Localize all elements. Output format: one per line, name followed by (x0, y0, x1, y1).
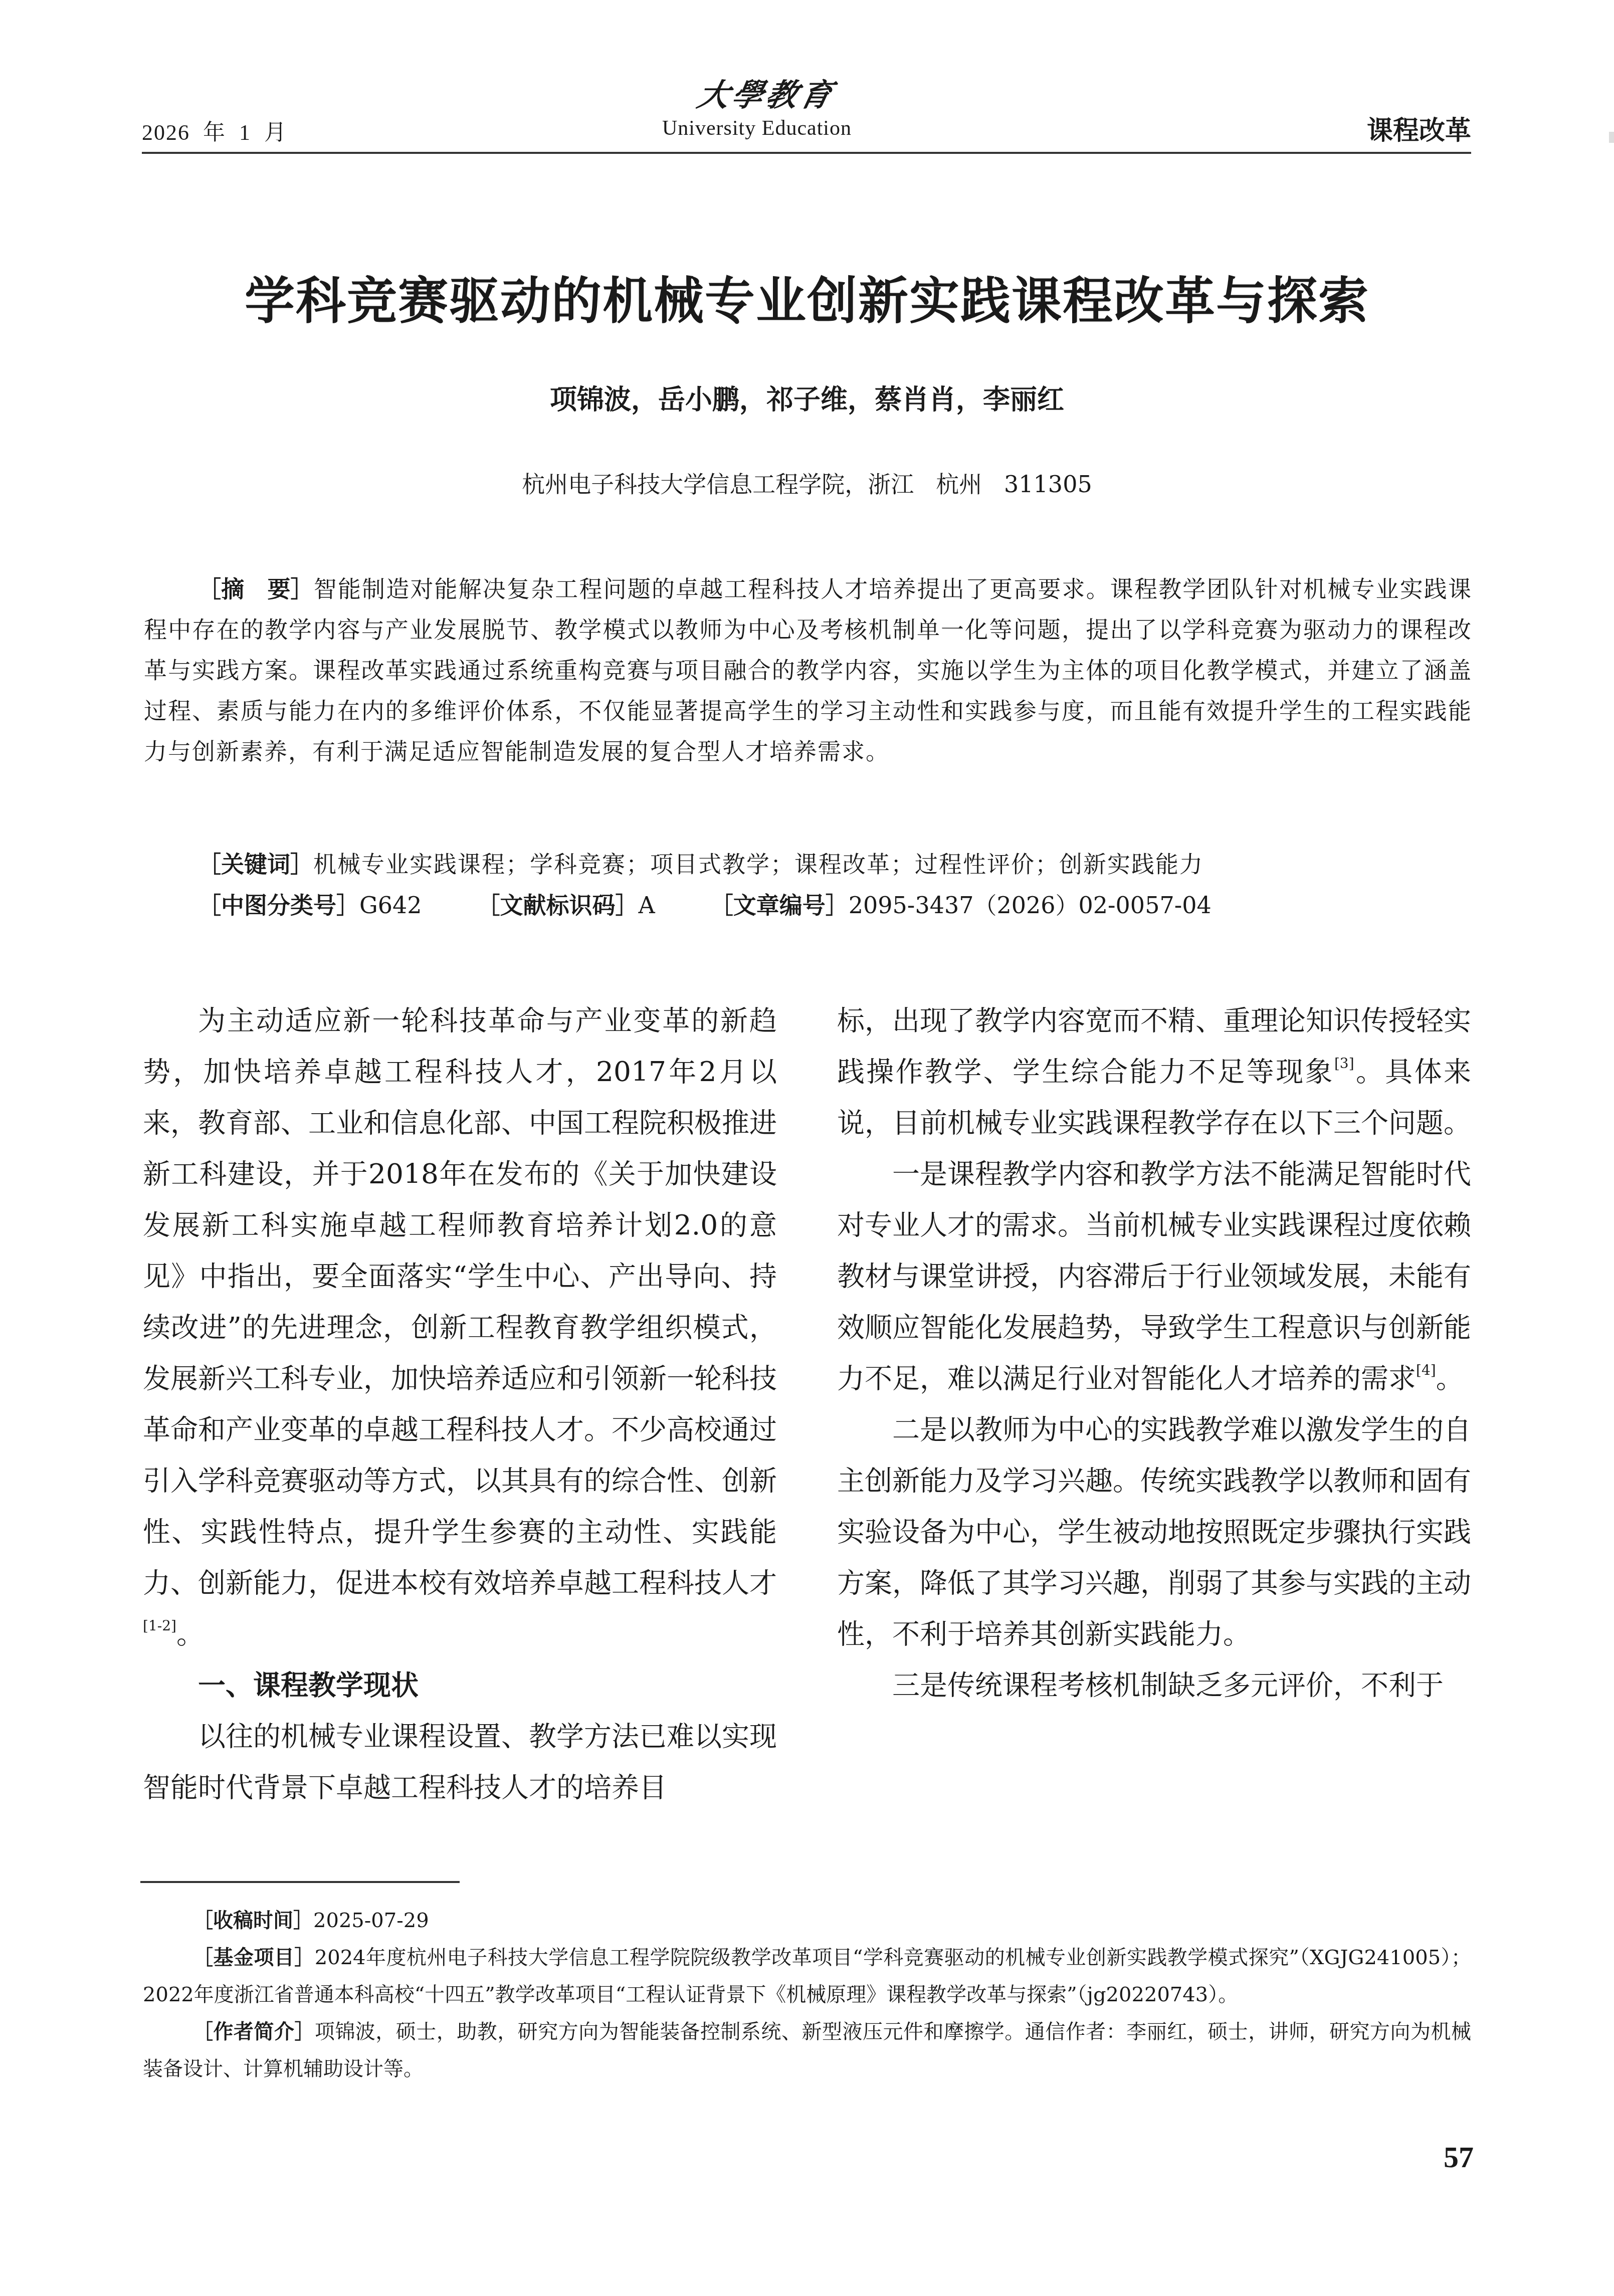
citation-ref[interactable]: [4] (1416, 1362, 1436, 1378)
abstract: ［摘 要］智能制造对能解决复杂工程问题的卓越工程科技人才培养提出了更高要求。课程… (144, 569, 1472, 772)
keywords: ［关键词］机械专业实践课程；学科竞赛；项目式教学；课程改革；过程性评价；创新实践… (198, 846, 1203, 879)
fund-label: ［基金项目］ (193, 1946, 315, 1969)
body-paragraph: 一是课程教学内容和教学方法不能满足智能时代对专业人才的需求。当前机械专业实践课程… (837, 1148, 1471, 1404)
received-value: 2025-07-29 (313, 1909, 429, 1932)
author-bio-value: 项锦波，硕士，助教，研究方向为智能装备控制系统、新型液压元件和摩擦学。通信作者：… (143, 2020, 1471, 2080)
paragraph-text: 为主动适应新一轮科技革命与产业变革的新趋势，加快培养卓越工程科技人才，2017年… (143, 1004, 777, 1599)
page-number: 57 (1444, 2140, 1474, 2175)
section-name: 课程改革 (1353, 109, 1471, 147)
body-column-right: 标，出现了教学内容宽而不精、重理论知识传授轻实践操作教学、学生综合能力不足等现象… (837, 995, 1471, 1711)
clc-value: G642 (359, 892, 422, 919)
author-list: 项锦波，岳小鹏，祁子维，蔡肖肖，李丽红 (0, 378, 1614, 417)
doc-code-value: A (639, 892, 655, 919)
footnote-fund: ［基金项目］2024年度杭州电子科技大学信息工程学院院级教学改革项目“学科竞赛驱… (143, 1939, 1471, 2013)
citation-ref[interactable]: [3] (1334, 1055, 1354, 1072)
issue-date: 2026 年 1 月 (142, 114, 287, 146)
keywords-label: ［关键词］ (198, 851, 313, 878)
citation-ref[interactable]: [1-2] (143, 1617, 176, 1634)
section-heading: 一、课程教学现状 (143, 1659, 777, 1711)
page-edge-mark (1609, 132, 1614, 143)
fund-value: 2024年度杭州电子科技大学信息工程学院院级教学改革项目“学科竞赛驱动的机械专业… (143, 1946, 1471, 2006)
abstract-text: 智能制造对能解决复杂工程问题的卓越工程科技人才培养提出了更高要求。课程教学团队针… (144, 575, 1472, 765)
article-number-label: ［文章编号］ (710, 892, 849, 919)
footnote-received: ［收稿时间］2025-07-29 (143, 1902, 1471, 1939)
clc-label: ［中图分类号］ (198, 892, 359, 919)
paragraph-end: 。 (1436, 1362, 1464, 1394)
header-rule (142, 152, 1471, 154)
classification-line: ［中图分类号］G642［文献标识码］A［文章编号］2095-3437（2026）… (198, 887, 1212, 920)
body-paragraph: 以往的机械专业课程设置、教学方法已难以实现智能时代背景下卓越工程科技人才的培养目 (143, 1711, 777, 1813)
body-paragraph: 标，出现了教学内容宽而不精、重理论知识传授轻实践操作教学、学生综合能力不足等现象… (837, 995, 1471, 1148)
affiliation: 杭州电子科技大学信息工程学院，浙江 杭州 311305 (0, 466, 1614, 499)
footnotes: ［收稿时间］2025-07-29 ［基金项目］2024年度杭州电子科技大学信息工… (143, 1902, 1471, 2088)
body-paragraph: 三是传统课程考核机制缺乏多元评价，不利于 (837, 1659, 1471, 1711)
body-paragraph: 二是以教师为中心的实践教学难以激发学生的自主创新能力及学习兴趣。传统实践教学以教… (837, 1404, 1471, 1659)
footnote-author: ［作者简介］项锦波，硕士，助教，研究方向为智能装备控制系统、新型液压元件和摩擦学… (143, 2013, 1471, 2088)
paragraph-end: 。 (176, 1618, 204, 1650)
footnote-rule (140, 1881, 460, 1883)
journal-name: University Education (652, 116, 862, 140)
author-bio-label: ［作者简介］ (193, 2020, 315, 2043)
paragraph-text: 一是课程教学内容和教学方法不能满足智能时代对专业人才的需求。当前机械专业实践课程… (837, 1158, 1471, 1394)
body-paragraph: 为主动适应新一轮科技革命与产业变革的新趋势，加快培养卓越工程科技人才，2017年… (143, 995, 777, 1659)
journal-logo: 大學教育 (682, 70, 852, 115)
body-column-left: 为主动适应新一轮科技革命与产业变革的新趋势，加快培养卓越工程科技人才，2017年… (143, 995, 777, 1813)
doc-code-label: ［文献标识码］ (477, 892, 639, 919)
article-number-value: 2095-3437（2026）02-0057-04 (849, 892, 1212, 919)
keywords-text: 机械专业实践课程；学科竞赛；项目式教学；课程改革；过程性评价；创新实践能力 (313, 851, 1203, 878)
received-label: ［收稿时间］ (193, 1909, 313, 1932)
article-title: 学科竞赛驱动的机械专业创新实践课程改革与探索 (0, 261, 1614, 333)
abstract-label: ［摘 要］ (198, 575, 314, 602)
